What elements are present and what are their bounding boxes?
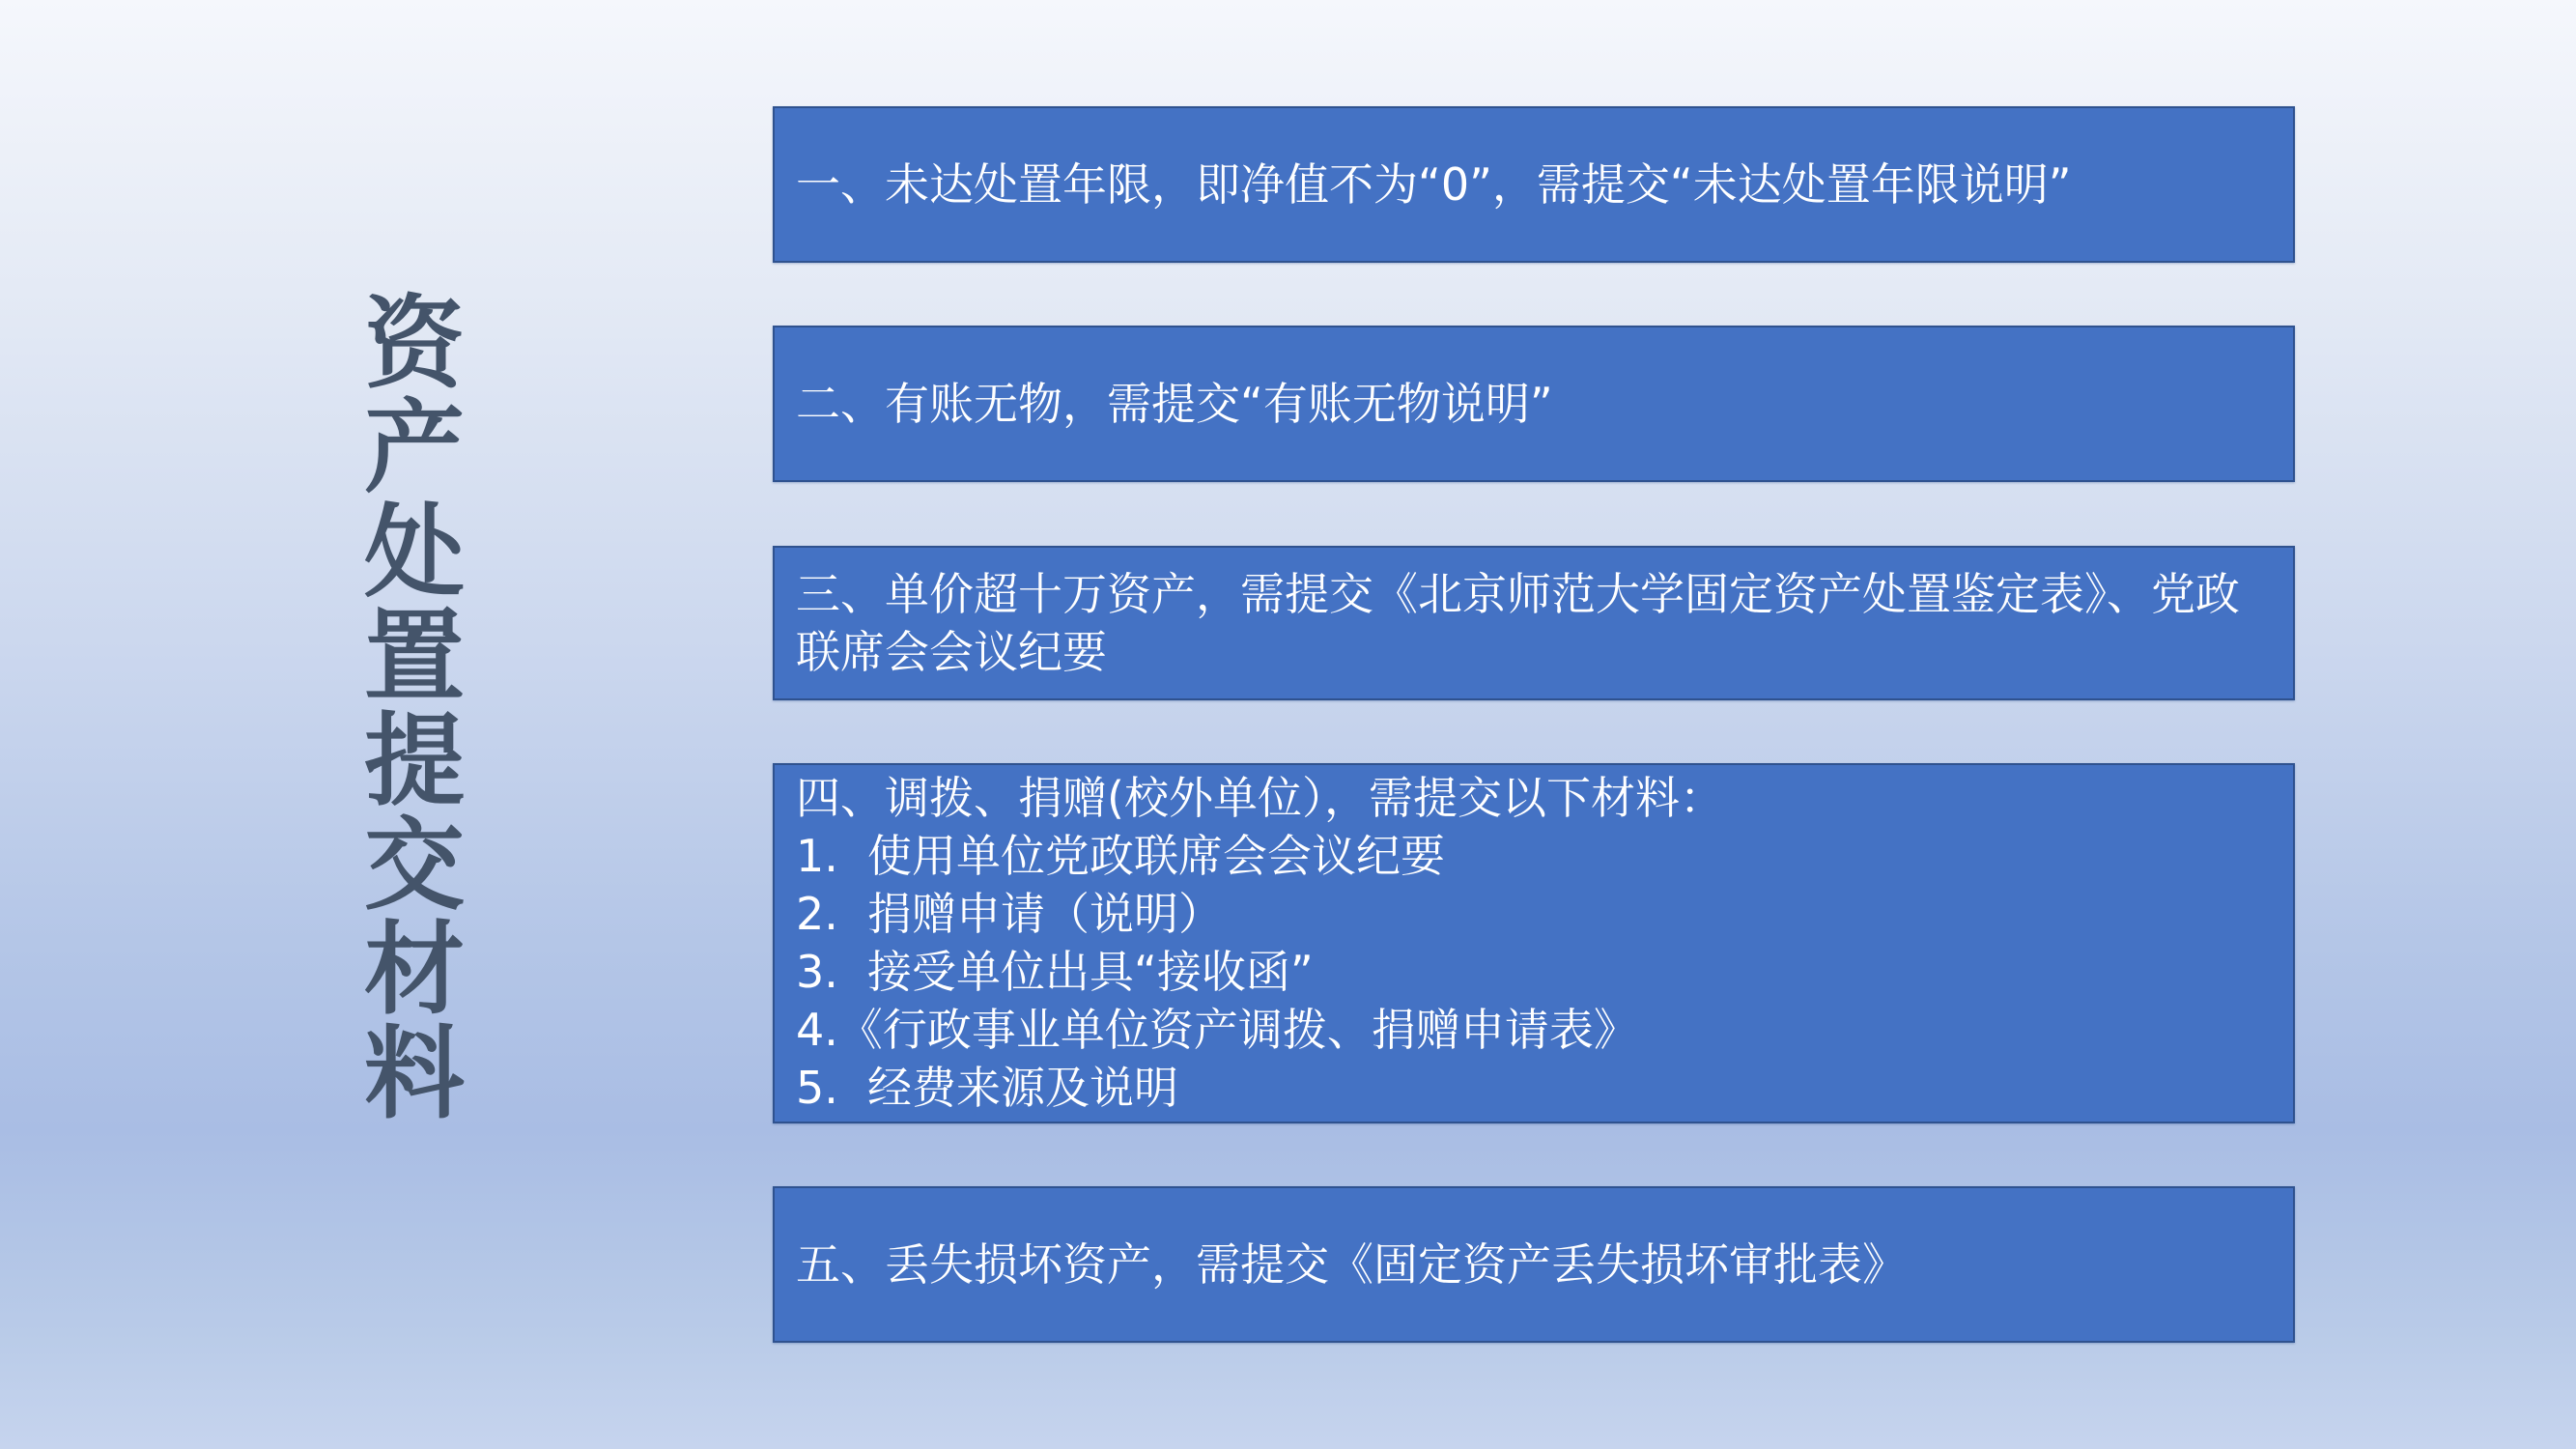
list-text: 捐赠申请（说明）: [867, 885, 1223, 943]
list-text: 接受单位出具“接收函”: [867, 943, 1314, 1001]
list-number: 3.: [796, 943, 867, 1001]
list-text: 使用单位党政联席会会议纪要: [867, 827, 1445, 885]
list-number: 5.: [796, 1059, 867, 1117]
slide-title: 资产处置提交材料: [348, 290, 464, 1124]
requirement-box-1: 一、未达处置年限，即净值不为“0”，需提交“未达处置年限说明”: [773, 106, 2295, 263]
list-text: 经费来源及说明: [867, 1059, 1178, 1117]
requirement-text-1: 一、未达处置年限，即净值不为“0”，需提交“未达处置年限说明”: [796, 156, 2272, 213]
list-item: 3. 接受单位出具“接收函”: [796, 943, 2272, 1001]
requirement-text-2: 二、有账无物，需提交“有账无物说明”: [796, 375, 2272, 433]
list-item: 2. 捐赠申请（说明）: [796, 885, 2272, 943]
requirement-box-5: 五、丢失损坏资产，需提交《固定资产丢失损坏审批表》: [773, 1186, 2295, 1343]
requirement-box-2: 二、有账无物，需提交“有账无物说明”: [773, 326, 2295, 482]
list-item: 4. 《行政事业单位资产调拨、捐赠申请表》: [796, 1001, 2272, 1059]
list-item: 5. 经费来源及说明: [796, 1059, 2272, 1117]
list-number: 4.: [796, 1001, 838, 1059]
list-text: 《行政事业单位资产调拨、捐赠申请表》: [838, 1001, 1638, 1059]
slide: 资产处置提交材料 一、未达处置年限，即净值不为“0”，需提交“未达处置年限说明”…: [0, 0, 2576, 1449]
list-number: 1.: [796, 827, 867, 885]
requirement-box-3: 三、单价超十万资产，需提交《北京师范大学固定资产处置鉴定表》、党政联席会会议纪要: [773, 546, 2295, 700]
list-number: 2.: [796, 885, 867, 943]
requirement-box-4: 四、调拨、捐赠(校外单位），需提交以下材料： 1. 使用单位党政联席会会议纪要 …: [773, 763, 2295, 1123]
requirement-heading-4: 四、调拨、捐赠(校外单位），需提交以下材料：: [796, 769, 2272, 827]
list-item: 1. 使用单位党政联席会会议纪要: [796, 827, 2272, 885]
requirement-text-5: 五、丢失损坏资产，需提交《固定资产丢失损坏审批表》: [796, 1236, 2272, 1293]
requirement-text-3: 三、单价超十万资产，需提交《北京师范大学固定资产处置鉴定表》、党政联席会会议纪要: [796, 565, 2272, 681]
